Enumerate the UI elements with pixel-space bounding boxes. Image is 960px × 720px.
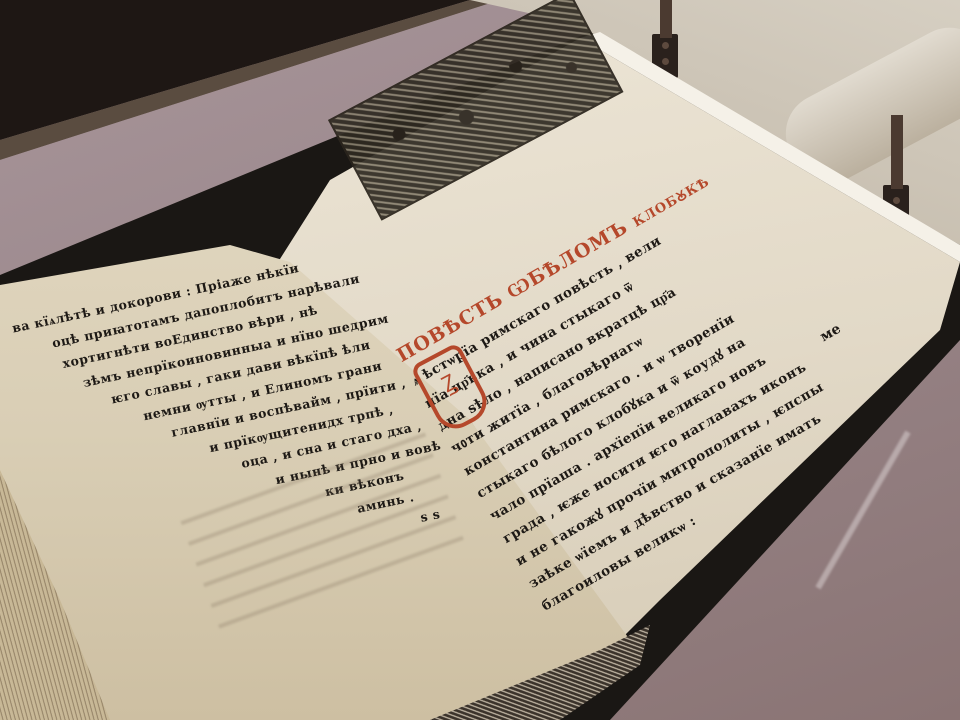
photo-scene: ПОВѢСТЬ ѠБѢЛОМЪ КЛОБꙊКѢ ѧ ѣстѡрїа римска… (0, 0, 960, 720)
